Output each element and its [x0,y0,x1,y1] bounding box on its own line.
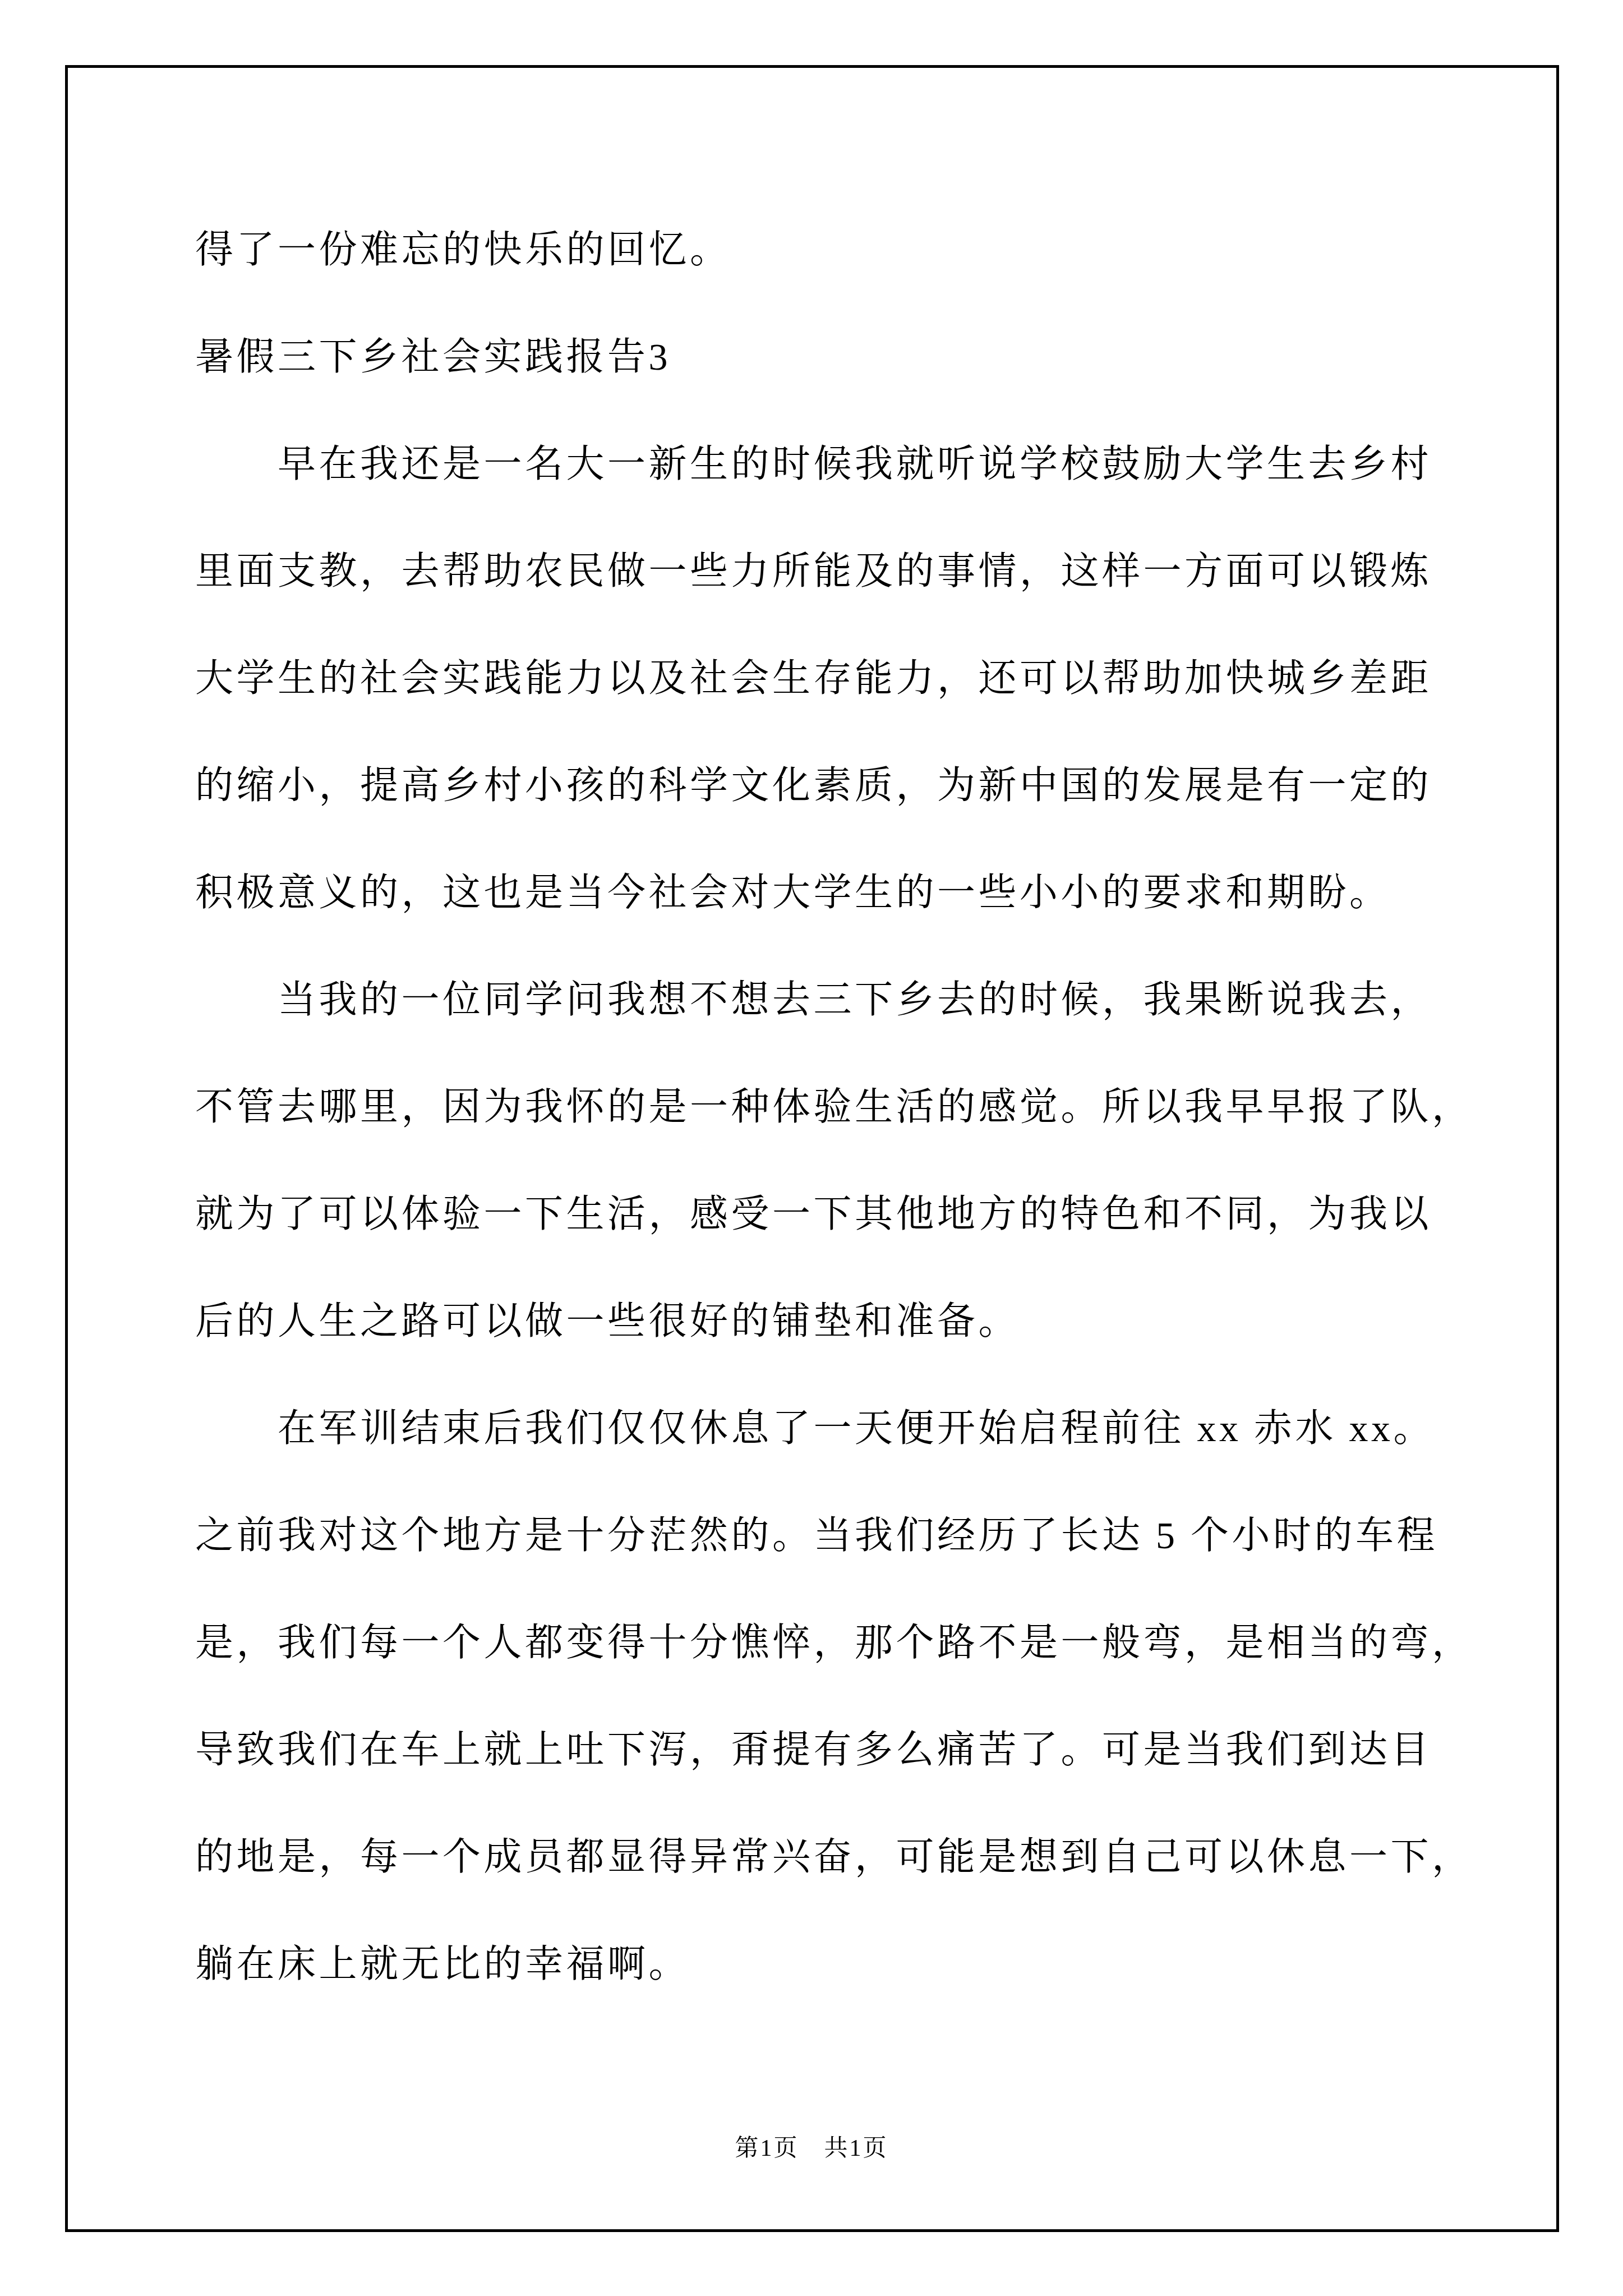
text-line: 的地是，每一个成员都显得异常兴奋，可能是想到自己可以休息一下， [195,1803,1479,1911]
text-line: 不管去哪里，因为我怀的是一种体验生活的感觉。所以我早早报了队， [195,1053,1479,1161]
page-footer: 第1页 共1页 [0,2133,1623,2169]
text-line: 之前我对这个地方是十分茫然的。当我们经历了长达 5 个小时的车程 [195,1482,1479,1589]
text-line: 里面支教，去帮助农民做一些力所能及的事情，这样一方面可以锻炼 [195,518,1479,625]
text-line: 就为了可以体验一下生活，感受一下其他地方的特色和不同，为我以 [195,1161,1479,1268]
text-line: 的缩小，提高乡村小孩的科学文化素质，为新中国的发展是有一定的 [195,732,1479,839]
text-line: 当我的一位同学问我想不想去三下乡去的时候，我果断说我去， [195,946,1479,1053]
text-line: 是，我们每一个人都变得十分憔悴，那个路不是一般弯，是相当的弯， [195,1589,1479,1696]
text-line: 早在我还是一名大一新生的时候我就听说学校鼓励大学生去乡村 [195,411,1479,518]
document-body: 得了一份难忘的快乐的回忆。 暑假三下乡社会实践报告3 早在我还是一名大一新生的时… [195,196,1479,2018]
section-heading-line: 暑假三下乡社会实践报告3 [195,303,1479,411]
text-line: 后的人生之路可以做一些很好的铺垫和准备。 [195,1268,1479,1375]
text-line: 在军训结束后我们仅仅休息了一天便开始启程前往 xx 赤水 xx。 [195,1375,1479,1482]
text-line: 躺在床上就无比的幸福啊。 [195,1911,1479,2018]
text-line: 导致我们在车上就上吐下泻，甭提有多么痛苦了。可是当我们到达目 [195,1696,1479,1803]
document-page: 得了一份难忘的快乐的回忆。 暑假三下乡社会实践报告3 早在我还是一名大一新生的时… [0,0,1623,2296]
text-line: 积极意义的，这也是当今社会对大学生的一些小小的要求和期盼。 [195,839,1479,946]
text-line: 大学生的社会实践能力以及社会生存能力，还可以帮助加快城乡差距 [195,625,1479,732]
page-number: 第1页 共1页 [735,2136,888,2161]
text-line: 得了一份难忘的快乐的回忆。 [195,196,1479,303]
